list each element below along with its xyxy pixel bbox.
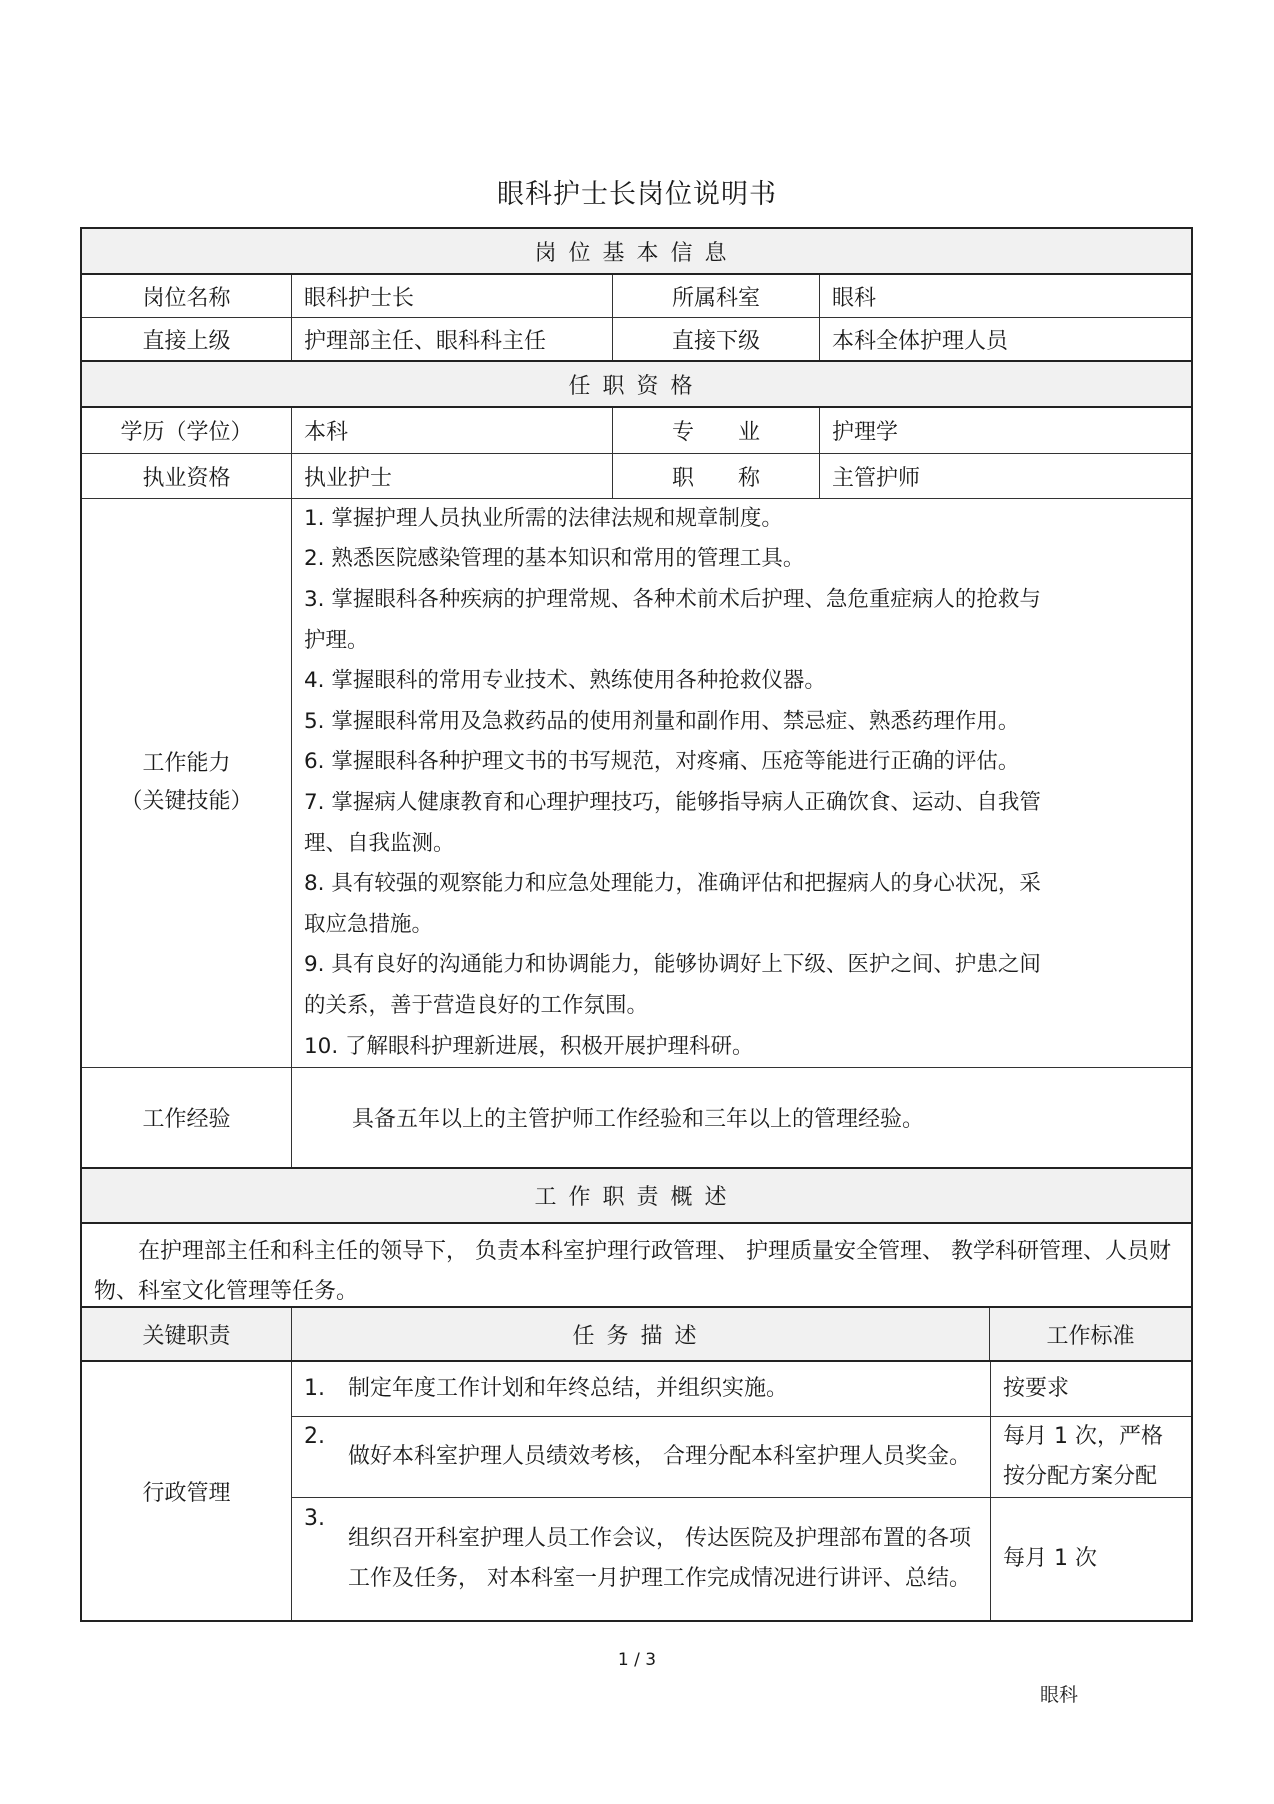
ability-line: 取应急措施。 [304, 905, 433, 946]
header-work-standard: 工作标准 [989, 1308, 1191, 1360]
section-header-duties-summary: 工作职责概述 [82, 1169, 1191, 1224]
value-direct-superior: 护理部主任、眼科科主任 [291, 318, 612, 360]
value-department: 眼科 [819, 275, 1191, 317]
duties-summary-text: 在护理部主任和科主任的领导下， 负责本科室护理行政管理、 护理质量安全管理、 教… [82, 1224, 1191, 1306]
label-experience: 工作经验 [82, 1068, 291, 1167]
task-text: 制定年度工作计划和年终总结，并组织实施。 [348, 1369, 976, 1409]
label-education: 学历（学位） [82, 408, 291, 453]
section-title: 任职资格 [568, 369, 704, 400]
header-task-description: 任务描述 [291, 1308, 989, 1360]
footer-department: 眼科 [1040, 1680, 1078, 1707]
ability-line: 10. 了解眼科护理新进展，积极开展护理科研。 [304, 1027, 754, 1068]
section-title: 岗位基本信息 [534, 236, 738, 267]
section-title: 工作职责概述 [534, 1180, 738, 1211]
label-direct-subordinate: 直接下级 [612, 318, 819, 360]
page-number: 1 / 3 [0, 1650, 1274, 1670]
value-major: 护理学 [819, 408, 1191, 453]
value-education: 本科 [291, 408, 612, 453]
value-title: 主管护师 [819, 454, 1191, 498]
task-description: 3. 组织召开科室护理人员工作会议， 传达医院及护理部布置的各项工作及任务， 对… [292, 1498, 990, 1620]
task-list: 1. 制定年度工作计划和年终总结，并组织实施。 按要求 2. 做好本科室护理人员… [291, 1362, 1191, 1620]
info-row-position: 岗位名称 眼科护士长 所属科室 眼科 [82, 275, 1191, 318]
task-row: 2. 做好本科室护理人员绩效考核， 合理分配本科室护理人员奖金。 每月 1 次，… [292, 1417, 1191, 1498]
ability-line: 6. 掌握眼科各种护理文书的书写规范，对疼痛、压疮等能进行正确的评估。 [304, 742, 1019, 783]
label-license: 执业资格 [82, 454, 291, 498]
abilities-list: 1. 掌握护理人员执业所需的法律法规和规章制度。 2. 熟悉医院感染管理的基本知… [291, 499, 1191, 1067]
label-direct-superior: 直接上级 [82, 318, 291, 360]
task-row: 1. 制定年度工作计划和年终总结，并组织实施。 按要求 [292, 1362, 1191, 1417]
qual-row-education: 学历（学位） 本科 专 业 护理学 [82, 408, 1191, 454]
label-major: 专 业 [612, 408, 819, 453]
ability-line: 7. 掌握病人健康教育和心理护理技巧，能够指导病人正确饮食、运动、自我管 [304, 783, 1041, 824]
ability-line: 护理。 [304, 621, 369, 662]
duties-table-header: 关键职责 任务描述 工作标准 [82, 1308, 1191, 1362]
ability-line: 5. 掌握眼科常用及急救药品的使用剂量和副作用、禁忌症、熟悉药理作用。 [304, 702, 1019, 743]
task-text: 组织召开科室护理人员工作会议， 传达医院及护理部布置的各项工作及任务， 对本科室… [348, 1519, 976, 1599]
task-standard: 按要求 [990, 1362, 1191, 1416]
ability-line: 9. 具有良好的沟通能力和协调能力，能够协调好上下级、医护之间、护患之间 [304, 945, 1041, 986]
section-header-qualifications: 任职资格 [82, 362, 1191, 408]
job-description-table: 岗位基本信息 岗位名称 眼科护士长 所属科室 眼科 直接上级 护理部主任、眼科科… [80, 227, 1193, 1622]
qual-row-experience: 工作经验 具备五年以上的主管护师工作经验和三年以上的管理经验。 [82, 1068, 1191, 1169]
task-number: 1. [304, 1369, 348, 1409]
ability-line: 3. 掌握眼科各种疾病的护理常规、各种术前术后护理、急危重症病人的抢救与 [304, 580, 1041, 621]
value-license: 执业护士 [291, 454, 612, 498]
task-description: 2. 做好本科室护理人员绩效考核， 合理分配本科室护理人员奖金。 [292, 1417, 990, 1497]
header-key-duty: 关键职责 [82, 1308, 291, 1360]
task-text: 做好本科室护理人员绩效考核， 合理分配本科室护理人员奖金。 [348, 1437, 976, 1477]
label-abilities: 工作能力 （关键技能） [82, 499, 291, 1067]
qual-row-abilities: 工作能力 （关键技能） 1. 掌握护理人员执业所需的法律法规和规章制度。 2. … [82, 499, 1191, 1068]
value-position-name: 眼科护士长 [291, 275, 612, 317]
ability-line: 的关系，善于营造良好的工作氛围。 [304, 986, 648, 1027]
value-experience: 具备五年以上的主管护师工作经验和三年以上的管理经验。 [291, 1068, 1191, 1167]
label-title: 职 称 [612, 454, 819, 498]
duty-group-admin: 行政管理 1. 制定年度工作计划和年终总结，并组织实施。 按要求 2. 做好本科… [82, 1362, 1191, 1620]
label-abilities-line2: （关键技能） [120, 783, 252, 821]
duties-summary-row: 在护理部主任和科主任的领导下， 负责本科室护理行政管理、 护理质量安全管理、 教… [82, 1224, 1191, 1308]
ability-line: 2. 熟悉医院感染管理的基本知识和常用的管理工具。 [304, 539, 804, 580]
task-standard: 每月 1 次 [990, 1498, 1191, 1620]
document-title: 眼科护士长岗位说明书 [0, 172, 1274, 211]
task-row: 3. 组织召开科室护理人员工作会议， 传达医院及护理部布置的各项工作及任务， 对… [292, 1498, 1191, 1620]
label-position-name: 岗位名称 [82, 275, 291, 317]
value-direct-subordinate: 本科全体护理人员 [819, 318, 1191, 360]
ability-line: 理、自我监测。 [304, 824, 455, 865]
label-abilities-line1: 工作能力 [142, 745, 230, 783]
task-standard: 每月 1 次，严格按分配方案分配 [990, 1417, 1191, 1497]
key-duty-admin: 行政管理 [82, 1362, 291, 1620]
task-number: 3. [304, 1499, 348, 1539]
qual-row-license: 执业资格 执业护士 职 称 主管护师 [82, 454, 1191, 499]
label-department: 所属科室 [612, 275, 819, 317]
section-header-basic-info: 岗位基本信息 [82, 229, 1191, 275]
ability-line: 4. 掌握眼科的常用专业技术、熟练使用各种抢救仪器。 [304, 661, 826, 702]
info-row-reporting: 直接上级 护理部主任、眼科科主任 直接下级 本科全体护理人员 [82, 318, 1191, 362]
ability-line: 1. 掌握护理人员执业所需的法律法规和规章制度。 [304, 499, 783, 540]
task-number: 2. [304, 1417, 348, 1457]
ability-line: 8. 具有较强的观察能力和应急处理能力，准确评估和把握病人的身心状况，采 [304, 864, 1041, 905]
task-description: 1. 制定年度工作计划和年终总结，并组织实施。 [292, 1362, 990, 1416]
